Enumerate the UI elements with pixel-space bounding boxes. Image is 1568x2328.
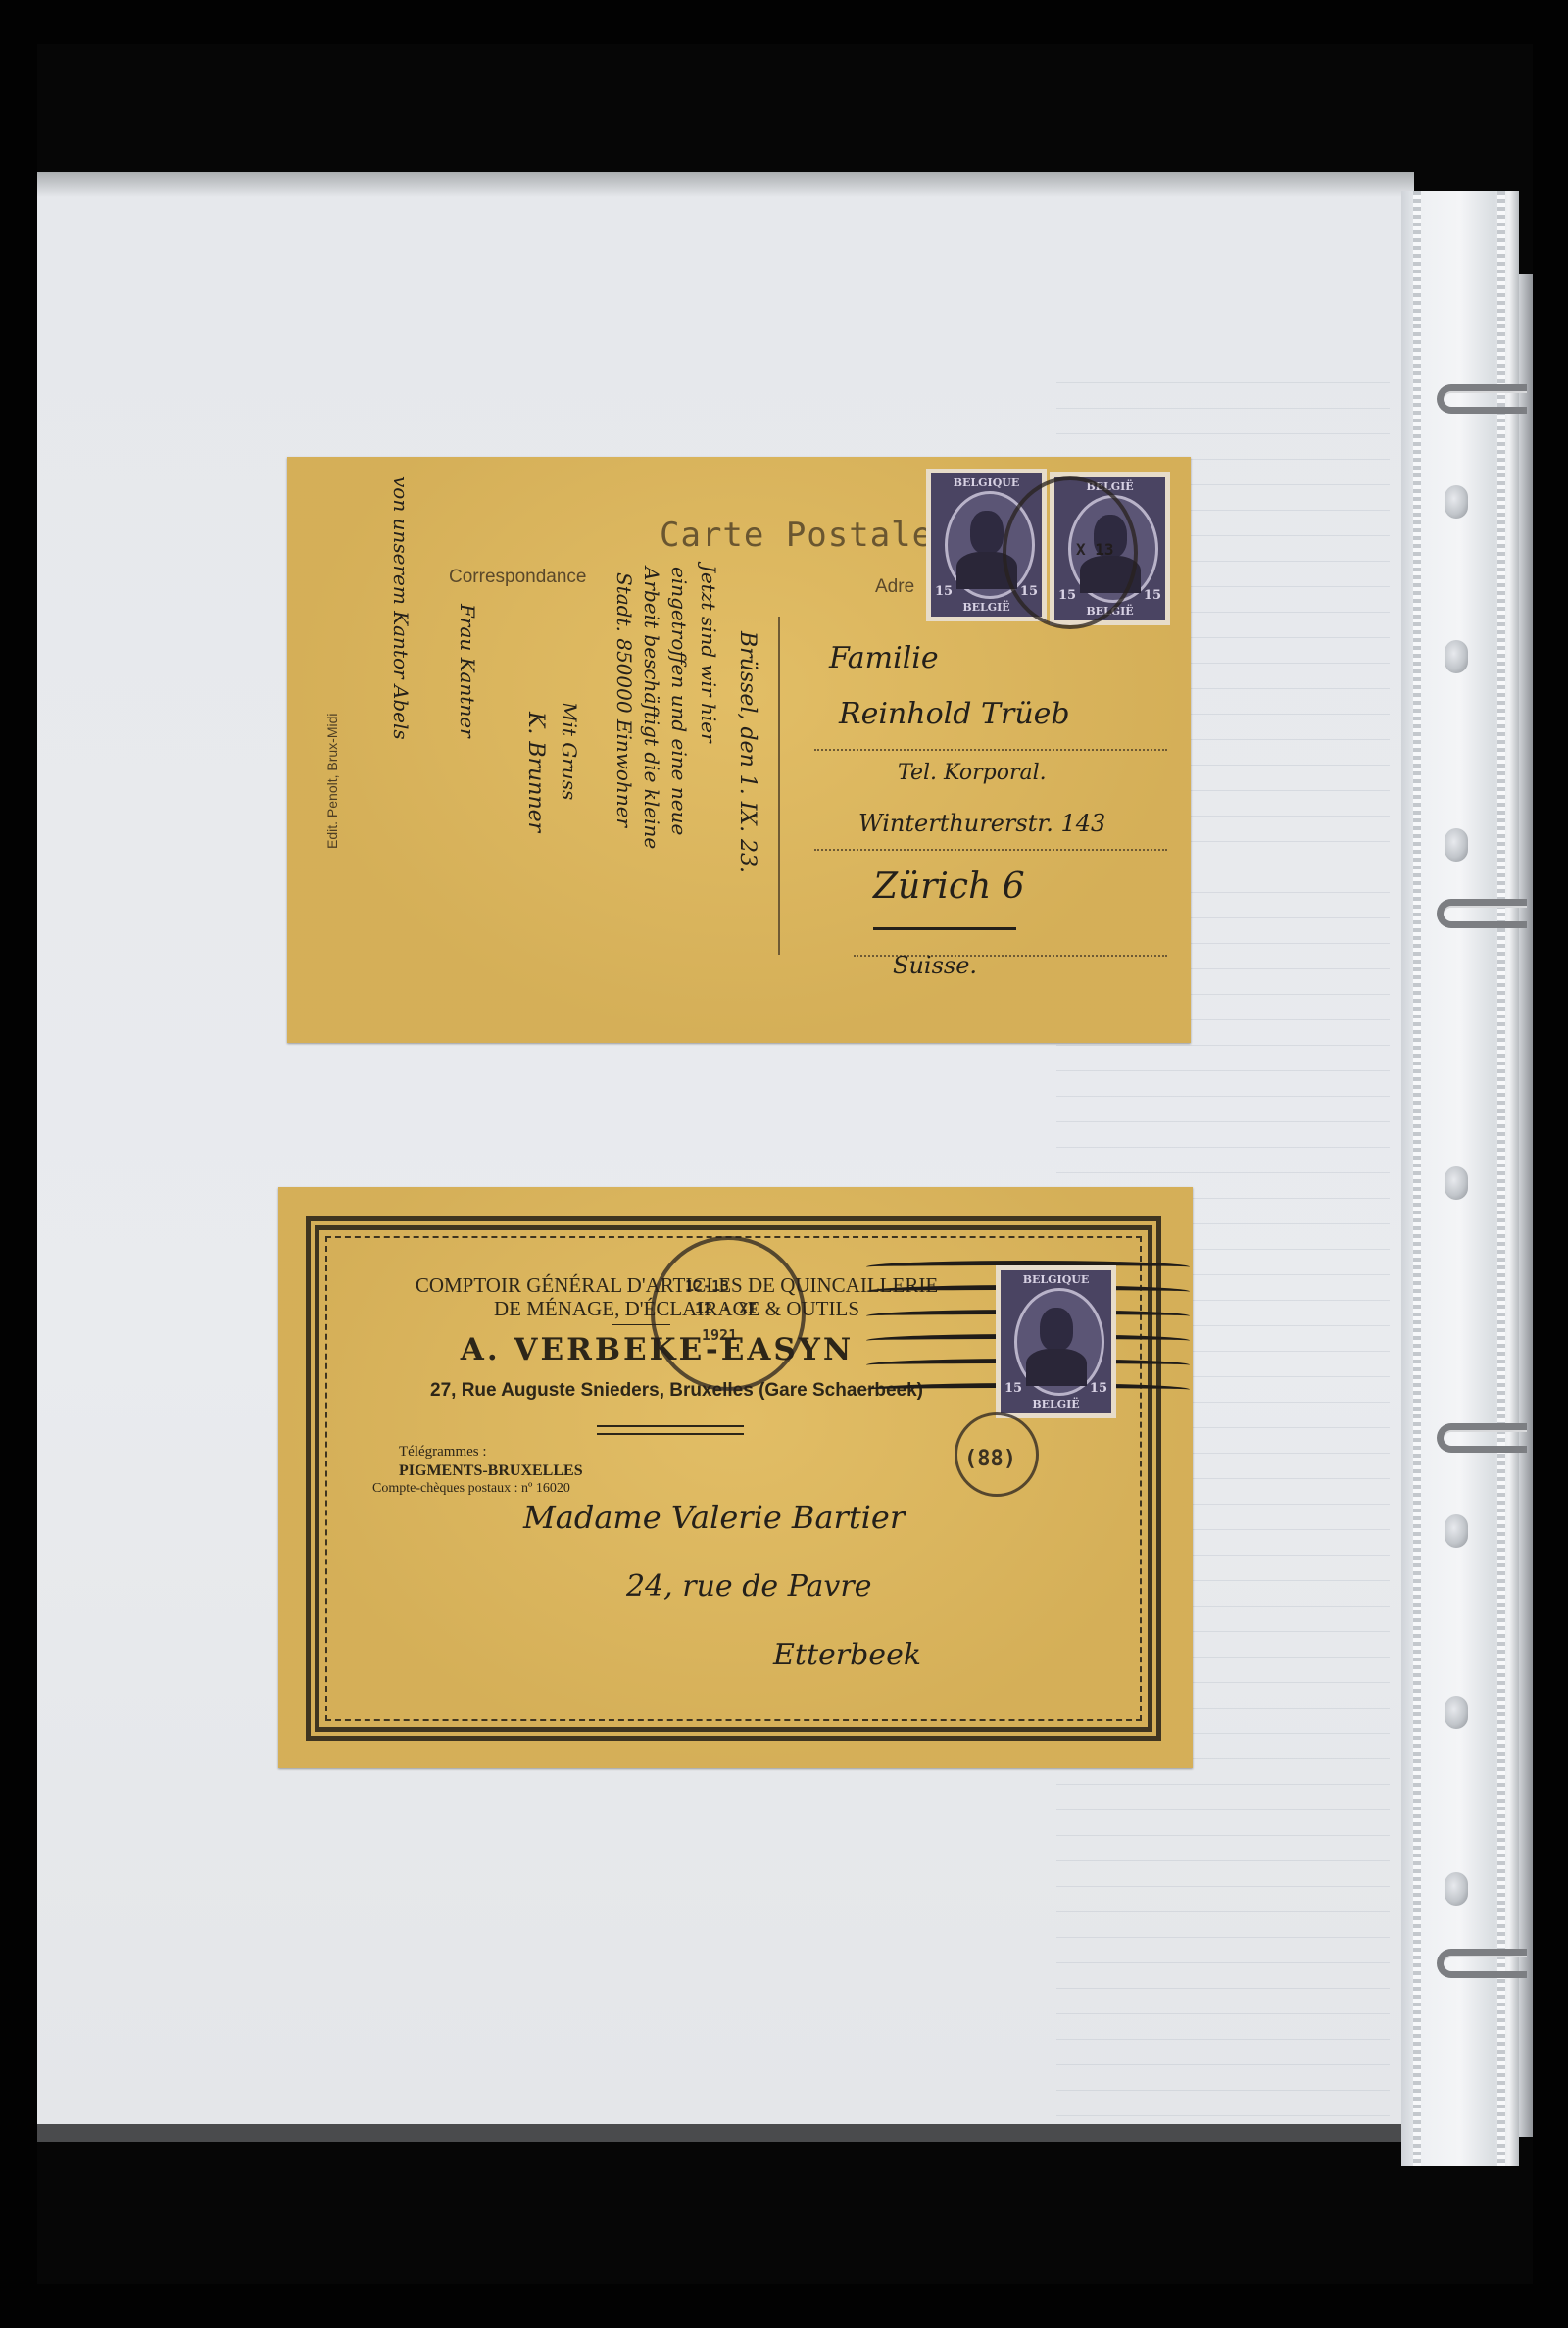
postmark-year: 1921	[702, 1326, 737, 1344]
telegram-label: Télégrammes :	[399, 1444, 487, 1461]
punch-hole	[1445, 640, 1468, 673]
binder-spine	[1519, 274, 1533, 2137]
postal-account: Compte-chèques postaux : nº 16020	[372, 1481, 570, 1497]
address-label: Adre	[875, 576, 914, 598]
punch-hole	[1445, 1872, 1468, 1906]
message-line: Arbeit beschäftigt die kleine	[640, 567, 663, 849]
portrait-king-icon	[970, 511, 1004, 554]
punch-hole	[1445, 1166, 1468, 1200]
publisher-imprint: Edit. Penolt, Brux-Midi	[324, 714, 340, 850]
message-line: Mit Gruss	[558, 702, 581, 800]
address-line: Suisse.	[893, 952, 977, 979]
address-line: 24, rue de Pavre	[626, 1569, 871, 1604]
binder-ring	[1437, 1423, 1527, 1453]
address-line: Reinhold Trüeb	[839, 697, 1070, 731]
address-line: Tel. Korporal.	[898, 761, 1047, 785]
postmark-date: 12 · XI	[695, 1300, 757, 1317]
stamp: BELGIQUE 15 15 BELGIË	[996, 1265, 1116, 1418]
dotted-rule	[814, 849, 1167, 851]
binder-ring	[1437, 1949, 1527, 1978]
sleeve-seam	[1497, 191, 1505, 2166]
address-line: Familie	[829, 641, 939, 675]
message-line: Jetzt sind wir hier	[697, 565, 720, 743]
dotted-rule	[814, 749, 1167, 751]
postcard-business-reply: COMPTOIR GÉNÉRAL D'ARTICLES DE QUINCAILL…	[278, 1187, 1193, 1768]
punch-hole	[1445, 485, 1468, 519]
portrait-king-icon	[1040, 1308, 1073, 1351]
card-divider-line	[778, 617, 780, 955]
address-line: Etterbeek	[773, 1638, 921, 1672]
binder-ring	[1437, 899, 1527, 928]
punch-hole	[1445, 1514, 1468, 1548]
message-line: eingetroffen und eine neue	[667, 567, 691, 835]
sleeve-seam	[1413, 191, 1421, 2166]
card-title: Carte Postale	[660, 516, 933, 555]
secondary-mark-number: (88)	[964, 1447, 1016, 1471]
message-line: Stadt. 850000 Einwohner	[612, 572, 636, 827]
message-signature: K. Brunner	[523, 712, 548, 832]
underline	[873, 927, 1016, 930]
address-line: Winterthurerstr. 143	[858, 810, 1105, 837]
postmark	[1003, 476, 1138, 629]
postcard-carte-postale: Carte Postale Correspondance Adre Edit. …	[287, 457, 1191, 1043]
punch-hole	[1445, 828, 1468, 862]
message-line: von unserem Kantor Abels	[389, 476, 413, 740]
punch-hole	[1445, 1696, 1468, 1729]
telegram-address: PIGMENTS-BRUXELLES	[399, 1462, 583, 1480]
binder-ring	[1437, 384, 1527, 414]
sleeve-binding-strip	[1401, 191, 1519, 2166]
message-date: Brüssel, den 1. IX. 23.	[735, 631, 759, 873]
address-line: Zürich 6	[873, 867, 1025, 907]
address-line: Madame Valerie Bartier	[523, 1499, 905, 1536]
postmark-date: X 13	[1076, 540, 1114, 559]
message-line: Frau Kantner	[456, 604, 479, 738]
postmark-time: 12-13	[685, 1277, 729, 1295]
correspondence-label: Correspondance	[449, 567, 586, 588]
ornament-divider	[597, 1425, 744, 1435]
portrait-uniform	[1026, 1349, 1087, 1386]
